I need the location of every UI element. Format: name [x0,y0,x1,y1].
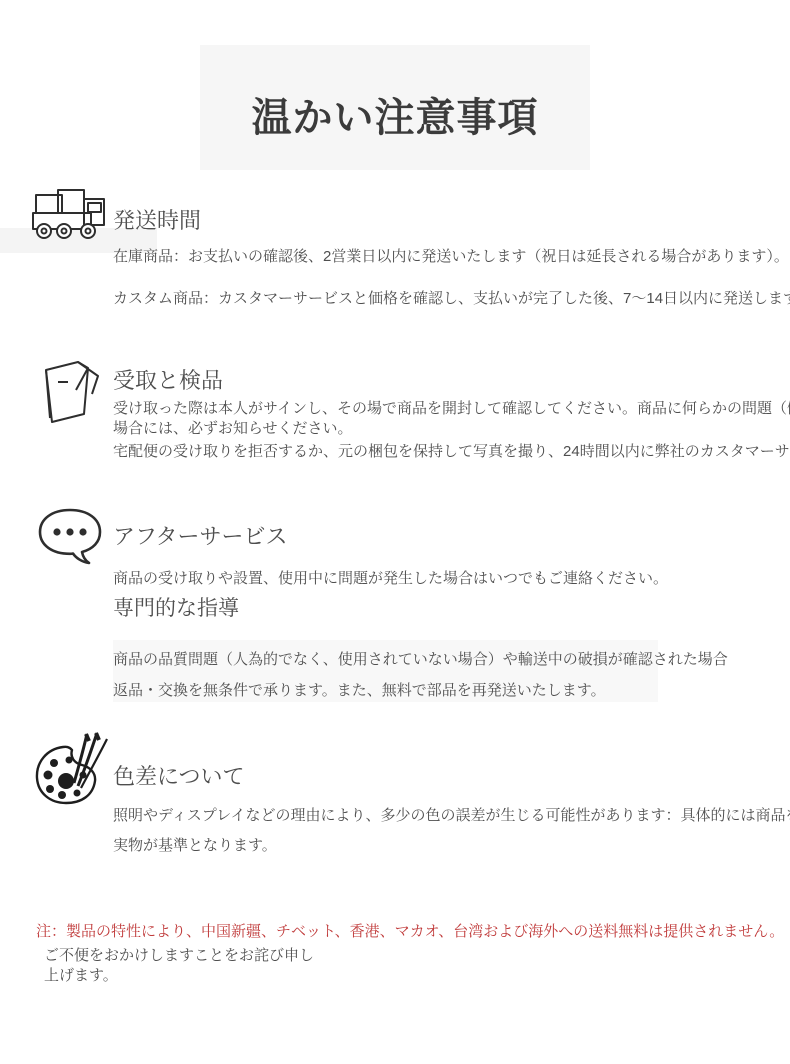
section-heading-after-service: アフターサービス [113,520,287,551]
page-title: 温かい注意事項 [0,86,790,143]
truck-icon [30,187,108,240]
section-heading-color: 色差について [113,760,245,791]
shipping-line-2: カスタム商品：カスタマーサービスと価格を確認し、支払いが完了した後、7～14日以… [113,289,790,309]
apology-line-2: 上げます。 [44,966,118,986]
guidance-line-2: 返品・交換を無条件で承ります。また、無料で部品を再発送いたします。 [113,681,606,701]
chat-bubble-icon [36,506,104,566]
color-line-2: 実物が基準となります。 [113,836,277,856]
section-heading-receipt: 受取と検品 [113,364,223,395]
box-icon [36,348,106,428]
section-heading-guidance: 専門的な指導 [113,592,239,622]
receipt-line-2: 場合には、必ずお知らせください。 [113,419,353,439]
notice-page: 温かい注意事項 発送時間 在庫商品：お支払いの確認後、2営業日以内に発送いたしま… [0,0,790,1064]
shipping-line-1: 在庫商品：お支払いの確認後、2営業日以内に発送いたします（祝日は延長される場合が… [113,247,789,267]
shipping-restriction-note: 注：製品の特性により、中国新疆、チベット、香港、マカオ、台湾および海外への送料無… [36,922,784,942]
guidance-line-1: 商品の品質問題（人為的でなく、使用されていない場合）や輸送中の破損が確認された場… [113,650,728,670]
section-heading-shipping: 発送時間 [113,204,201,235]
receipt-line-1: 受け取った際は本人がサインし、その場で商品を開封して確認してください。商品に何ら… [113,399,790,419]
after-service-line-1: 商品の受け取りや設置、使用中に問題が発生した場合はいつでもご連絡ください。 [113,569,668,589]
palette-icon [31,731,115,809]
receipt-line-3: 宅配便の受け取りを拒否するか、元の梱包を保持して写真を撮り、24時間以内に弊社の… [113,442,790,462]
color-line-1: 照明やディスプレイなどの理由により、多少の色の誤差が生じる可能性があります：具体… [113,806,790,826]
apology-line-1: ご不便をおかけしますことをお詫び申し [44,946,314,966]
